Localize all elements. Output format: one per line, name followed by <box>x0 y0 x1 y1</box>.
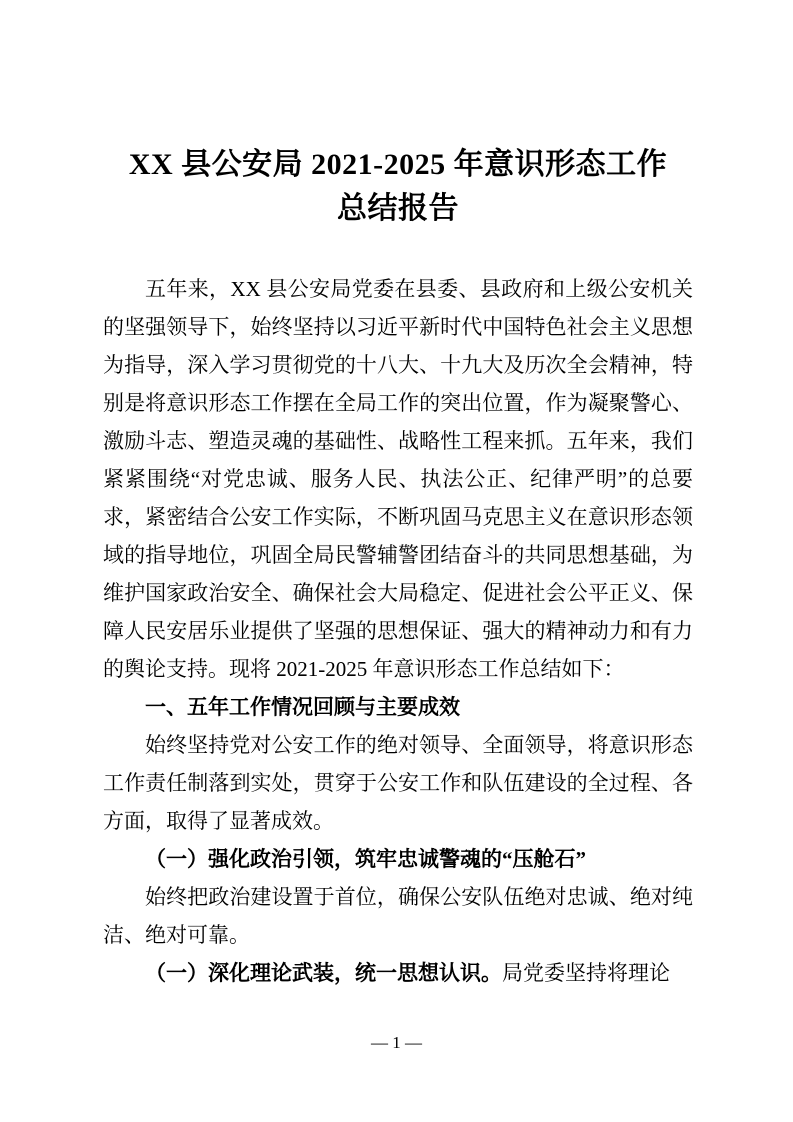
paragraph-subsection2: （一）深化理论武装，统一思想认识。局党委坚持将理论 <box>103 954 693 992</box>
paragraph-subsection1: 始终把政治建设置于首位，确保公安队伍绝对忠诚、绝对纯洁、绝对可靠。 <box>103 878 693 954</box>
page-number: — 1 — <box>0 1031 793 1055</box>
document-title: XX 县公安局 2021-2025 年意识形态工作 总结报告 <box>103 143 693 231</box>
paragraph-subsection2-lead: （一）深化理论武装，统一思想认识。 <box>145 961 502 985</box>
subsection-heading-political-leadership: （一）强化政治引领，筑牢忠诚警魂的“压舱石” <box>103 840 693 878</box>
document-page: XX 县公安局 2021-2025 年意识形态工作 总结报告 五年来，XX 县公… <box>0 0 793 1122</box>
paragraph-subsection2-text: 局党委坚持将理论 <box>502 961 670 985</box>
paragraph-section1: 始终坚持党对公安工作的绝对领导、全面领导，将意识形态工作责任制落到实处，贯穿于公… <box>103 726 693 840</box>
document-title-line2: 总结报告 <box>103 187 693 231</box>
paragraph-intro: 五年来，XX 县公安局党委在县委、县政府和上级公安机关的坚强领导下，始终坚持以习… <box>103 270 693 688</box>
document-title-line1: XX 县公安局 2021-2025 年意识形态工作 <box>103 143 693 187</box>
section-heading-overview: 一、五年工作情况回顾与主要成效 <box>103 688 693 726</box>
